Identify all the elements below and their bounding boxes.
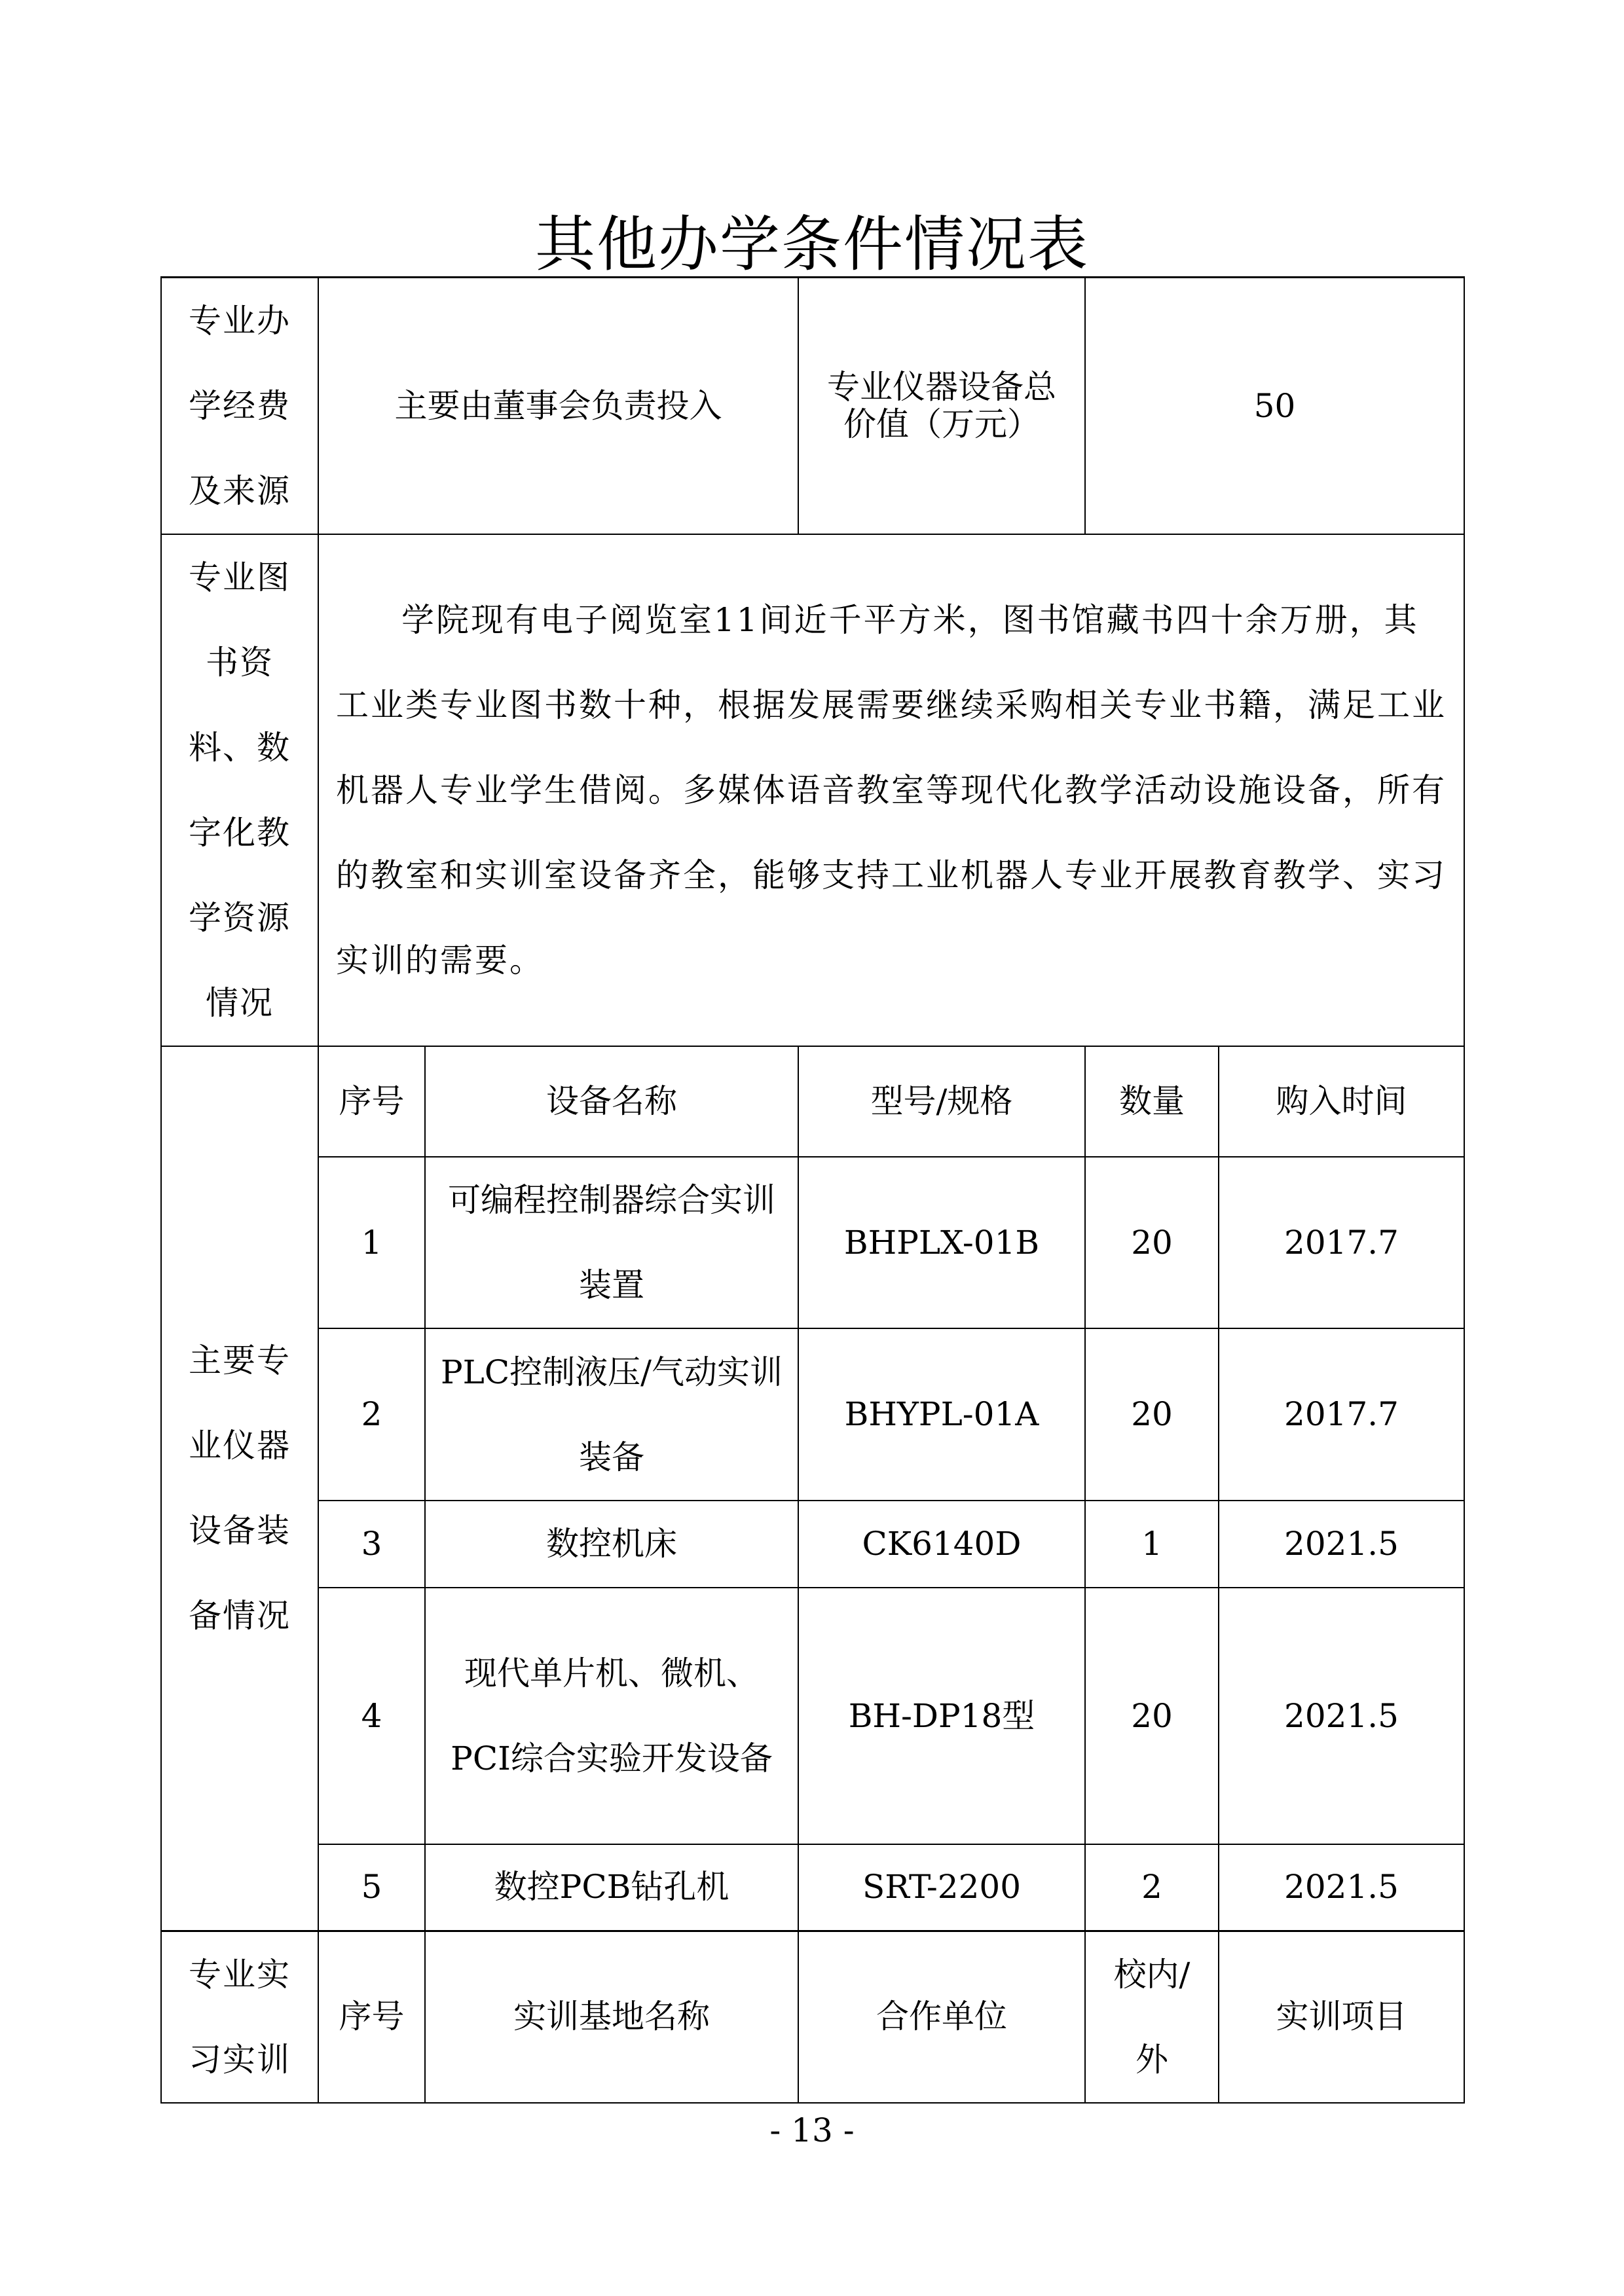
training-col-base: 实训基地名称 xyxy=(425,1931,798,2103)
col-header-name: 设备名称 xyxy=(425,1046,798,1157)
row-qty: 20 xyxy=(1085,1328,1219,1501)
funding-label: 专业办学经费及来源 xyxy=(161,278,318,535)
row-date: 2017.7 xyxy=(1219,1328,1464,1501)
row-qty: 2 xyxy=(1085,1844,1219,1931)
library-row: 专业图书资料、数字化教学资源情况 学院现有电子阅览室11间近千平方米，图书馆藏书… xyxy=(161,534,1464,1046)
col-header-qty: 数量 xyxy=(1085,1046,1219,1157)
training-label: 专业实习实训 xyxy=(161,1931,318,2103)
training-col-no: 序号 xyxy=(318,1931,425,2103)
row-no: 3 xyxy=(318,1501,425,1588)
table-row: 4 现代单片机、微机、PCI综合实验开发设备 BH-DP18型 20 2021.… xyxy=(161,1588,1464,1844)
row-no: 2 xyxy=(318,1328,425,1501)
table-row: 5 数控PCB钻孔机 SRT-2200 2 2021.5 xyxy=(161,1844,1464,1931)
row-qty: 20 xyxy=(1085,1157,1219,1328)
training-col-location: 校内/外 xyxy=(1085,1931,1219,2103)
row-no: 1 xyxy=(318,1157,425,1328)
table-row: 3 数控机床 CK6140D 1 2021.5 xyxy=(161,1501,1464,1588)
row-date: 2017.7 xyxy=(1219,1157,1464,1328)
row-model: CK6140D xyxy=(798,1501,1085,1588)
col-header-no: 序号 xyxy=(318,1046,425,1157)
row-name: 数控PCB钻孔机 xyxy=(425,1844,798,1931)
page-title: 其他办学条件情况表 xyxy=(0,196,1624,283)
library-text: 学院现有电子阅览室11间近千平方米，图书馆藏书四十余万册，其工业类专业图书数十种… xyxy=(318,534,1464,1046)
row-date: 2021.5 xyxy=(1219,1588,1464,1844)
funding-value: 主要由董事会负责投入 xyxy=(318,278,798,535)
row-name: PLC控制液压/气动实训装备 xyxy=(425,1328,798,1501)
row-name: 数控机床 xyxy=(425,1501,798,1588)
equipment-label: 主要专业仪器设备装备情况 xyxy=(161,1046,318,1931)
col-header-model: 型号/规格 xyxy=(798,1046,1085,1157)
row-qty: 1 xyxy=(1085,1501,1219,1588)
equipment-value: 50 xyxy=(1085,278,1464,535)
row-date: 2021.5 xyxy=(1219,1501,1464,1588)
row-date: 2021.5 xyxy=(1219,1844,1464,1931)
row-model: BH-DP18型 xyxy=(798,1588,1085,1844)
training-col-project: 实训项目 xyxy=(1219,1931,1464,2103)
funding-row: 专业办学经费及来源 主要由董事会负责投入 专业仪器设备总价值（万元） 50 xyxy=(161,278,1464,535)
training-header-row: 专业实习实训 序号 实训基地名称 合作单位 校内/外 实训项目 xyxy=(161,1931,1464,2103)
page-number: - 13 - xyxy=(0,2111,1624,2149)
table-row: 2 PLC控制液压/气动实训装备 BHYPL-01A 20 2017.7 xyxy=(161,1328,1464,1501)
equipment-header-row: 主要专业仪器设备装备情况 序号 设备名称 型号/规格 数量 购入时间 xyxy=(161,1046,1464,1157)
conditions-table: 专业办学经费及来源 主要由董事会负责投入 专业仪器设备总价值（万元） 50 专业… xyxy=(160,276,1465,2104)
row-qty: 20 xyxy=(1085,1588,1219,1844)
row-model: BHPLX-01B xyxy=(798,1157,1085,1328)
row-name: 可编程控制器综合实训装置 xyxy=(425,1157,798,1328)
col-header-date: 购入时间 xyxy=(1219,1046,1464,1157)
equipment-value-label: 专业仪器设备总价值（万元） xyxy=(798,278,1085,535)
row-name: 现代单片机、微机、PCI综合实验开发设备 xyxy=(425,1588,798,1844)
row-model: BHYPL-01A xyxy=(798,1328,1085,1501)
row-model: SRT-2200 xyxy=(798,1844,1085,1931)
table-row: 1 可编程控制器综合实训装置 BHPLX-01B 20 2017.7 xyxy=(161,1157,1464,1328)
row-no: 5 xyxy=(318,1844,425,1931)
training-col-partner: 合作单位 xyxy=(798,1931,1085,2103)
library-label: 专业图书资料、数字化教学资源情况 xyxy=(161,534,318,1046)
row-no: 4 xyxy=(318,1588,425,1844)
